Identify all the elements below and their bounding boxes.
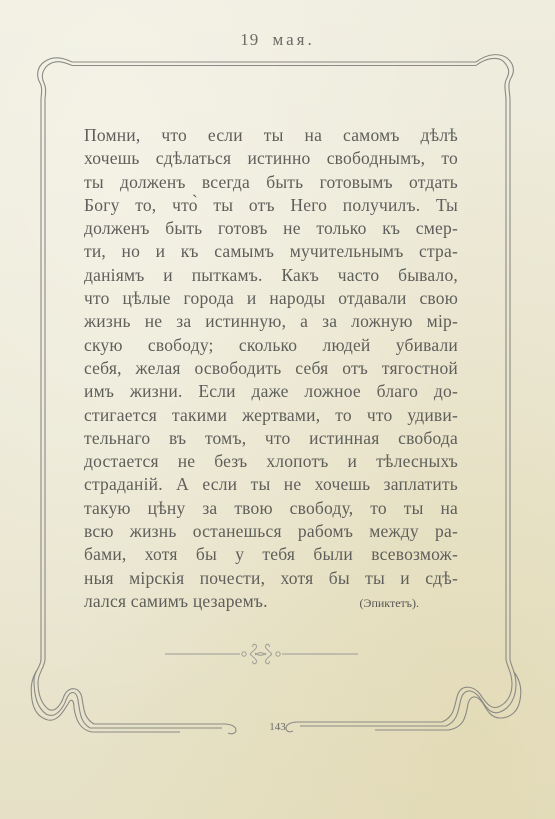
text-line: ти, но и къ самымъ мучительнымъ стра- [84,240,458,263]
text-line: Богу то, что̀ ты отъ Него получилъ. Ты [84,194,458,217]
quote-body: Помни, что если ты на самомъ дѣлѣ хочешь… [84,124,458,613]
text-line: даніямъ и пыткамъ. Какъ часто бывало, [84,264,458,287]
text-line: страданій. А если ты не хочешь заплатить [84,473,458,496]
text-line: стигается такими жертвами, то что удиви- [84,404,458,427]
text-line: такую цѣну за твою свободу, то ты на [84,497,458,520]
text-line: бами, хотя бы у тебя были всевозмож- [84,543,458,566]
text-line: ты долженъ всегда быть готовымъ отдать [84,171,458,194]
page-number: 143 [0,721,555,733]
text-line: достается не безъ хлопотъ и тѣлесныхъ [84,450,458,473]
text-line: что цѣлые города и народы отдавали свою [84,287,458,310]
text-line: всю жизнь останешься рабомъ между ра- [84,520,458,543]
text-line: скую свободу; сколько людей убивали [84,334,458,357]
fleuron-divider [165,644,358,664]
text-line: ныя мірскія почести, хотя бы ты и сдѣ- [84,567,458,590]
quote-attribution: (Эпиктетъ). [360,596,419,611]
text-line: хочешь сдѣлаться истинно свободнымъ, то [84,147,458,170]
text-line: долженъ быть готовъ не только къ смер- [84,217,458,240]
text-line: тельнаго въ томъ, что истинная свобода [84,427,458,450]
text-line: Помни, что если ты на самомъ дѣлѣ [84,124,458,147]
text-line: имъ жизни. Если даже ложное благо до- [84,380,458,403]
text-line: себя, желая освободить себя отъ тягостно… [84,357,458,380]
book-page: 19 мая. [0,0,555,819]
text-line: жизнь не за истинную, а за ложную мір- [84,310,458,333]
